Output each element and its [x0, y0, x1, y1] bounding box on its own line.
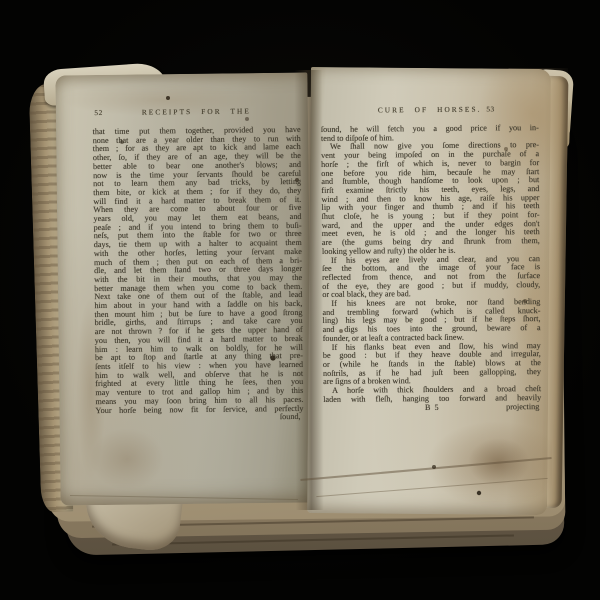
right-catchword: projecting — [506, 403, 539, 412]
left-page-text: 52 RECEIPTS FOR THE that time put them t… — [92, 107, 303, 424]
right-page-lines: ſound, he will fetch you a good price if… — [321, 124, 541, 404]
photo-background: 52 RECEIPTS FOR THE that time put them t… — [0, 0, 600, 600]
right-page-number: 53 — [486, 105, 494, 114]
right-running-header: CURE OF HORSES. — [321, 105, 539, 116]
left-page-lines: that time put them together, provided yo… — [93, 126, 304, 415]
right-page-footer: B 5 projecting — [323, 403, 541, 415]
right-page-text: CURE OF HORSES. 53 ſound, he will fetch … — [321, 105, 542, 414]
left-running-header-row: 52 RECEIPTS FOR THE — [92, 107, 300, 119]
foxing-specks — [0, 0, 2, 2]
left-running-header: RECEIPTS FOR THE — [92, 107, 300, 118]
right-running-header-row: CURE OF HORSES. 53 — [321, 105, 539, 117]
